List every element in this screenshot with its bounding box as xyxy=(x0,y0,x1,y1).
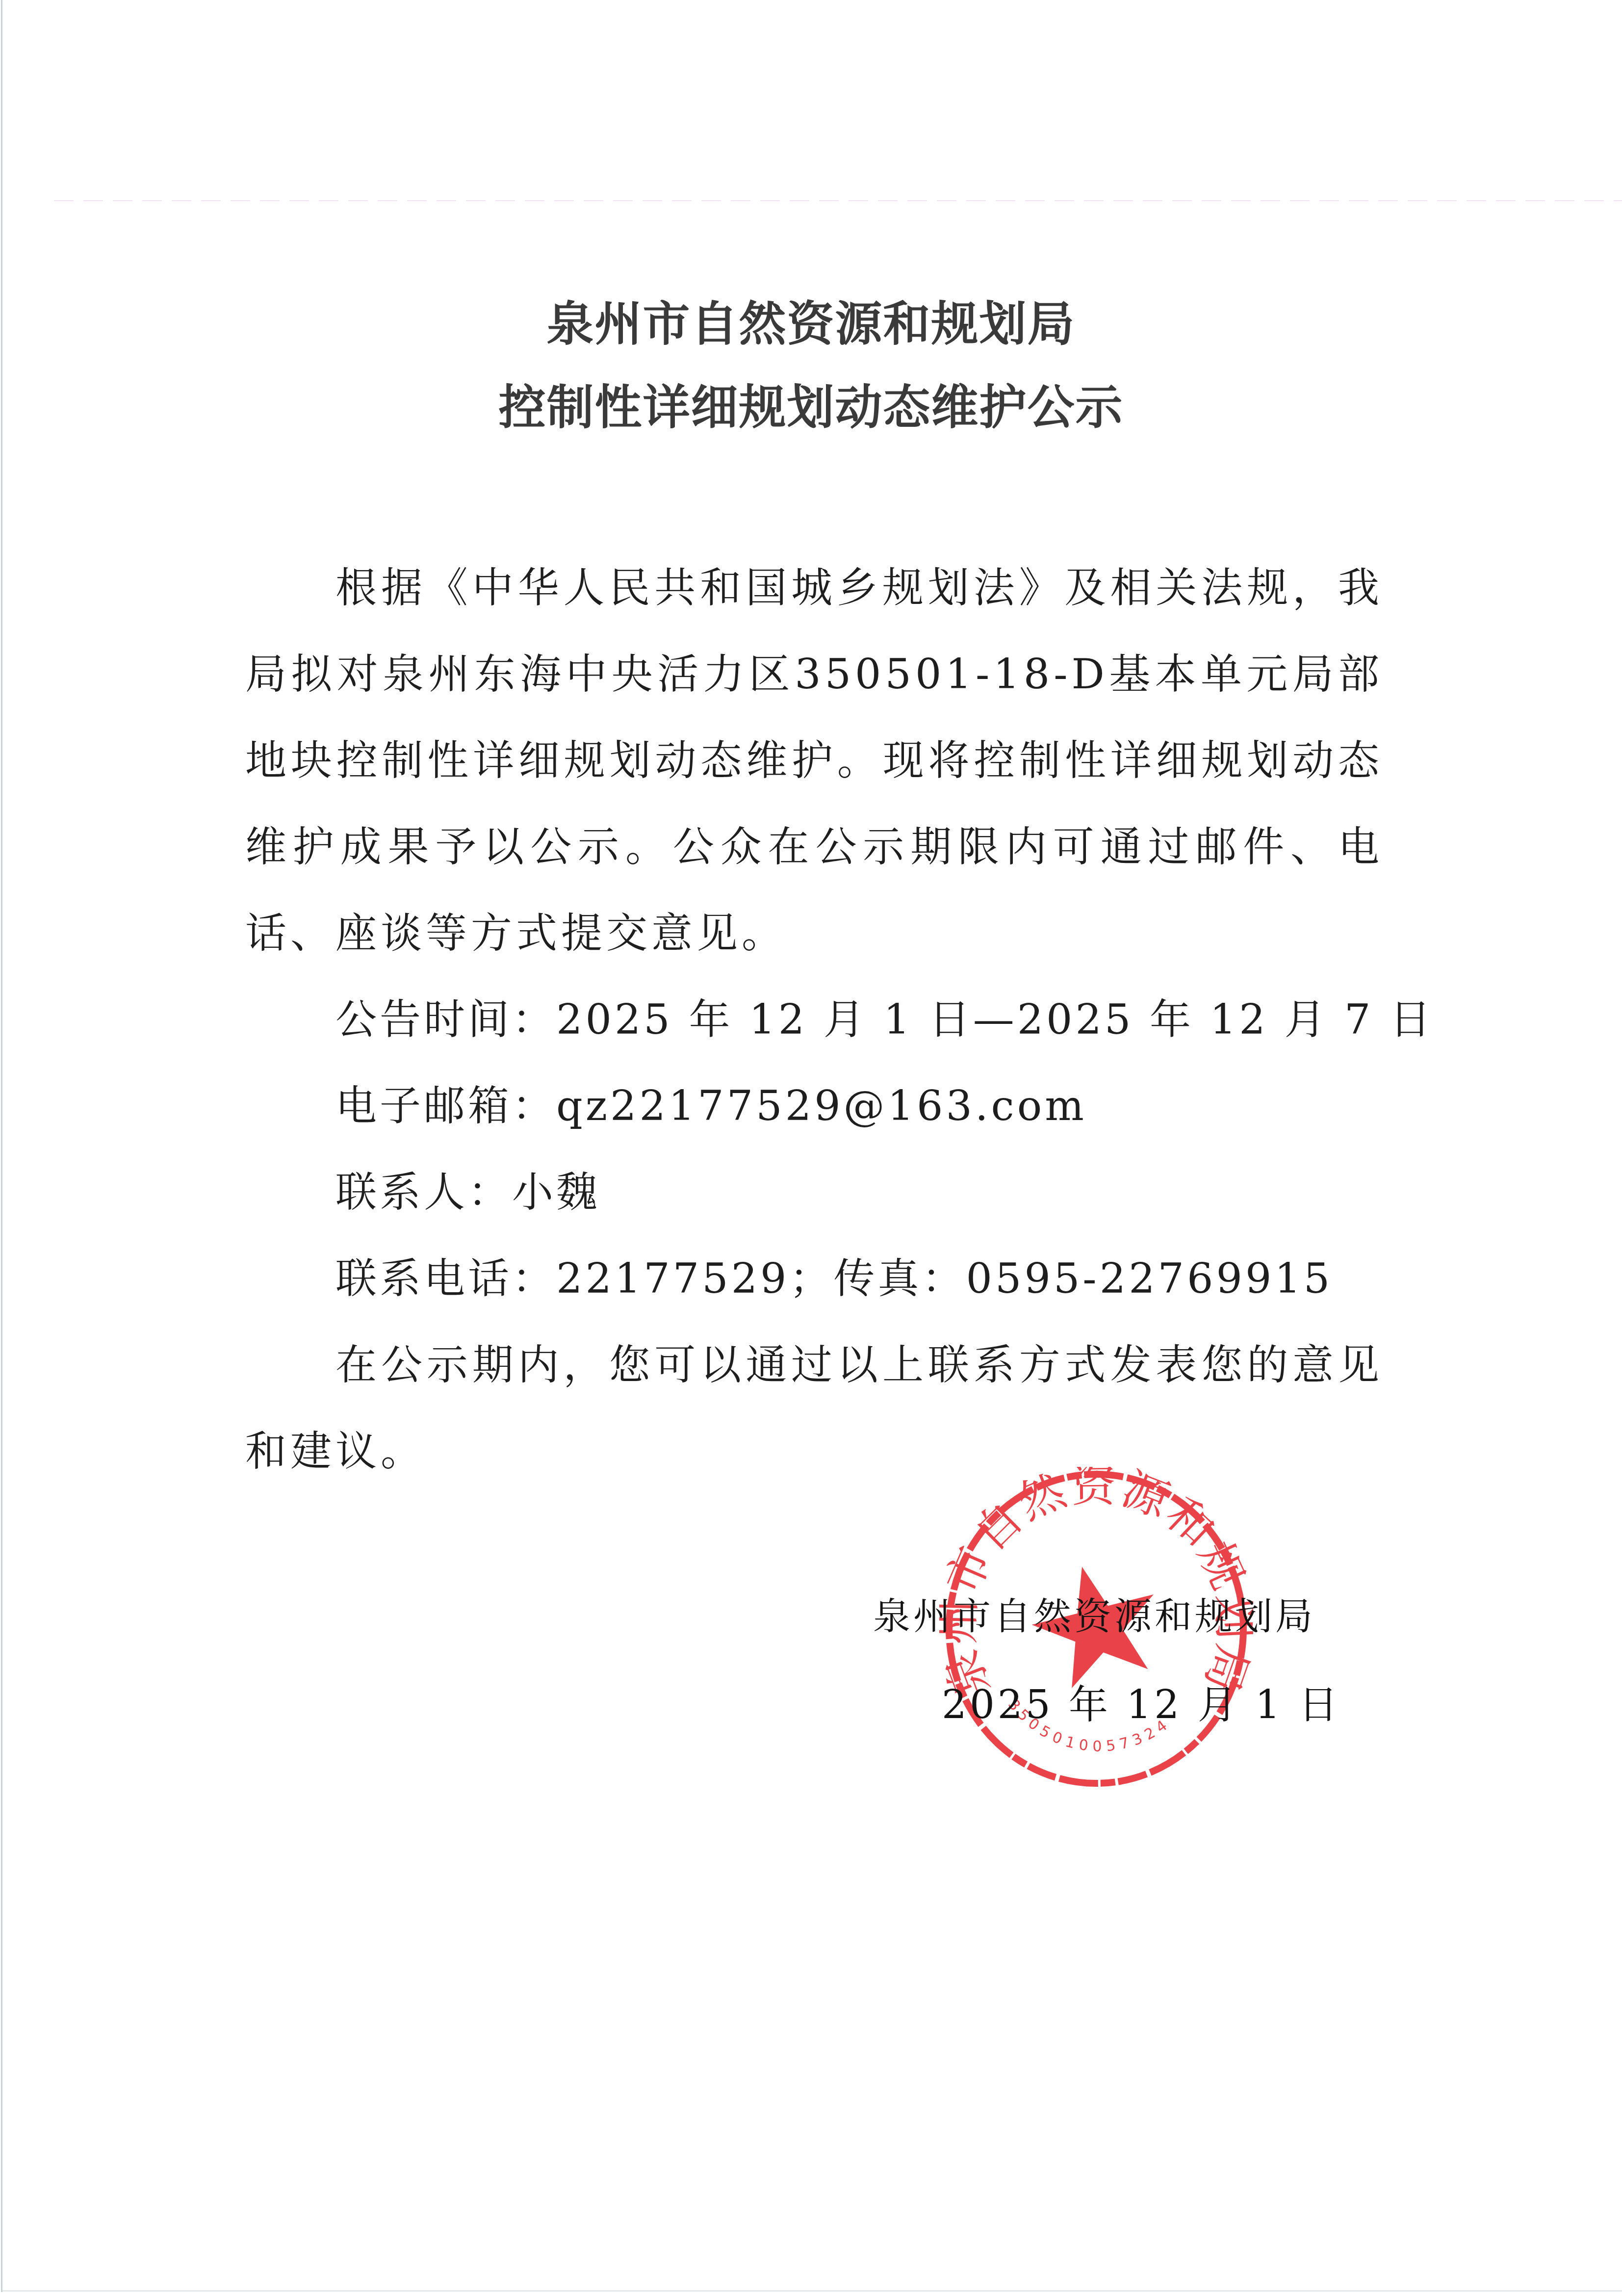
email-value: qz22177529@163.com xyxy=(556,1082,1087,1130)
info-announcement-period: 公告时间：2025 年 12 月 1 日—2025 年 12 月 7 日 xyxy=(245,976,1383,1063)
document-body: 根据《中华人民共和国城乡规划法》及相关法规，我局拟对泉州东海中央活力区35050… xyxy=(245,545,1383,1494)
info-label: 联系电话： xyxy=(335,1254,556,1303)
title-line-1: 泉州市自然资源和规划局 xyxy=(0,282,1622,365)
info-value: 2025 年 12 月 1 日—2025 年 12 月 7 日 xyxy=(556,995,1434,1044)
document-title: 泉州市自然资源和规划局 控制性详细规划动态维护公示 xyxy=(0,282,1622,449)
info-phone-fax: 联系电话：22177529；传真：0595-22769915 xyxy=(245,1235,1383,1322)
signature-date: 2025 年 12 月 1 日 xyxy=(873,1661,1364,1749)
signature-block: 泉州市自然资源和规划局 2025 年 12 月 1 日 xyxy=(873,1572,1364,1749)
info-label: 公告时间： xyxy=(335,995,556,1044)
info-value: 22177529；传真：0595-22769915 xyxy=(556,1254,1333,1303)
info-value: 小魏 xyxy=(512,1168,600,1216)
body-paragraph: 根据《中华人民共和国城乡规划法》及相关法规，我局拟对泉州东海中央活力区35050… xyxy=(245,545,1383,976)
info-label: 联系人： xyxy=(335,1168,512,1216)
info-label: 电子邮箱： xyxy=(335,1082,556,1130)
info-contact-person: 联系人：小魏 xyxy=(245,1149,1383,1235)
title-line-2: 控制性详细规划动态维护公示 xyxy=(0,365,1622,449)
scan-artifact-line xyxy=(54,200,1622,201)
page-edge-bottom xyxy=(2,2290,1622,2292)
info-email: 电子邮箱：qz22177529@163.com xyxy=(245,1063,1383,1149)
signature-organization: 泉州市自然资源和规划局 xyxy=(873,1572,1364,1661)
